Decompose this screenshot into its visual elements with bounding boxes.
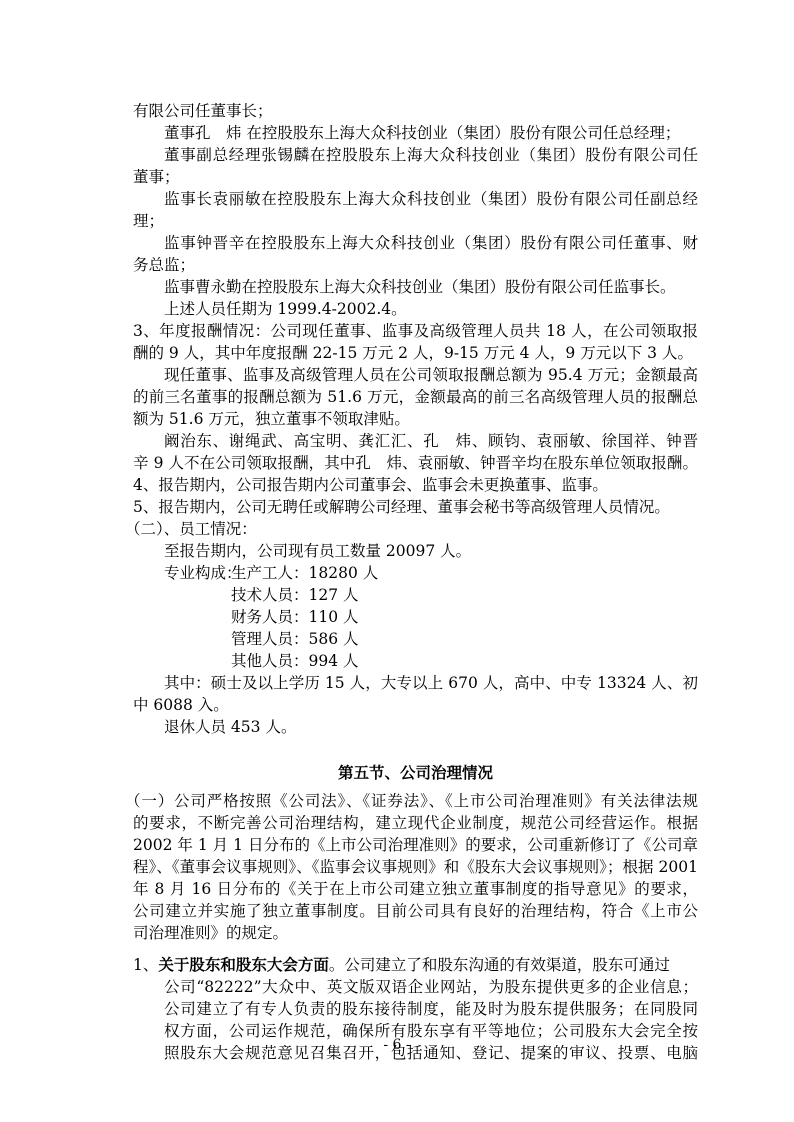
item-text: 。公司建立了和股东沟通的有效渠道，股东可通过 <box>329 956 670 974</box>
staff-label: 专业构成： <box>164 562 242 584</box>
text-line: 阚治东、谢绳武、高宝明、龚汇汇、孔 炜、顾钧、袁丽敏、徐国祥、钟晋 <box>164 430 698 452</box>
item1-first-line: 1、关于股东和股东大会方面。公司建立了和股东沟通的有效渠道，股东可通过 <box>133 954 698 976</box>
staff-item: 管理人员：586 人 <box>231 628 359 650</box>
text-line: 辛 9 人不在公司领取报酬，其中孔 炜、袁丽敏、钟晋辛均在股东单位领取报酬。 <box>133 452 698 474</box>
text-line: 公司“82222”大众中、英文版双语企业网站，为股东提供更多的企业信息； <box>164 976 698 998</box>
staff-item: 其他人员：994 人 <box>231 650 359 672</box>
text-line: 有限公司任董事长； <box>133 100 273 122</box>
staff-item: 技术人员：127 人 <box>231 584 359 606</box>
text-line: 监事长袁丽敏在控股股东上海大众科技创业（集团）股份有限公司任副总经 <box>164 188 698 210</box>
text-line: 公司建立了有专人负责的股东接待制度，能及时为股东提供服务；在同股同 <box>164 998 698 1020</box>
text-line: 董事； <box>133 166 180 188</box>
section-title: 第五节、公司治理情况 <box>133 762 698 784</box>
text-line: 其中：硕士及以上学历 15 人，大专以上 670 人，高中、中专 13324 人… <box>164 672 698 694</box>
text-line: 董事孔 炜 在控股股东上海大众科技创业（集团）股份有限公司任总经理； <box>164 122 680 144</box>
staff-item: 生产工人：18280 人 <box>231 562 378 584</box>
text-line: 2002 年 1 月 1 日分布的《上市公司治理准则》的要求，公司重新修订了《公… <box>133 834 698 856</box>
text-line: 至报告期内，公司现有员工数量 20097 人。 <box>164 540 471 562</box>
text-line: 务总监； <box>133 254 195 276</box>
text-line: 上述人员任期为 1999.4-2002.4。 <box>164 298 407 320</box>
text-line: （一）公司严格按照《公司法》、《证券法》、《上市公司治理准则》有关法律法规 <box>125 790 698 812</box>
text-line: 公司建立并实施了独立董事制度。目前公司具有良好的治理结构，符合《上市公 <box>133 900 698 922</box>
text-line: 退休人员 453 人。 <box>164 716 296 738</box>
text-line: 中 6088 入。 <box>133 694 229 716</box>
staff-item: 财务人员：110 人 <box>231 606 359 628</box>
text-line: 的前三名董事的报酬总额为 51.6 万元，金额最高的前三名高级管理人员的报酬总 <box>133 386 698 408</box>
text-line: 理； <box>133 210 164 232</box>
subsection-heading: （二）、员工情况： <box>125 518 257 540</box>
text-line: 监事钟晋辛在控股股东上海大众科技创业（集团）股份有限公司任董事、财 <box>164 232 698 254</box>
text-line: 程》、《董事会议事规则》、《监事会议事规则》和《股东大会议事规则》；根据 200… <box>133 856 698 878</box>
text-line: 现任董事、监事及高级管理人员在公司领取报酬总额为 95.4 万元；金额最高 <box>164 364 698 386</box>
text-line: 司治理准则》的规定。 <box>133 922 288 944</box>
item-title: 关于股东和股东大会方面 <box>158 955 329 974</box>
text-line: 4、报告期内，公司报告期内公司董事会、监事会未更换董事、监事。 <box>133 474 608 496</box>
text-line: 酬的 9 人，其中年度报酬 22-15 万元 2 人，9-15 万元 4 人，9… <box>133 342 693 364</box>
text-line: 额为 51.6 万元，独立董事不领取津贴。 <box>133 408 410 430</box>
text-line: 5、报告期内，公司无聘任或解聘公司经理、董事会秘书等高级管理人员情况。 <box>133 496 670 518</box>
text-line: 监事曹永勤在控股股东上海大众科技创业（集团）股份有限公司任监事长。 <box>164 276 676 298</box>
text-line: 董事副总经理张锡麟在控股股东上海大众科技创业（集团）股份有限公司任 <box>164 144 698 166</box>
item-number: 1、 <box>133 956 158 974</box>
page-number: - 6 - <box>0 1037 794 1053</box>
text-line: 3、年度报酬情况：公司现任董事、监事及高级管理人员共 18 人，在公司领取报 <box>133 320 698 342</box>
text-line: 的要求，不断完善公司治理结构，建立现代企业制度，规范公司经营运作。根据 <box>133 812 698 834</box>
text-line: 年 8 月 16 日分布的《关于在上市公司建立独立董事制度的指导意见》的要求， <box>133 878 698 900</box>
